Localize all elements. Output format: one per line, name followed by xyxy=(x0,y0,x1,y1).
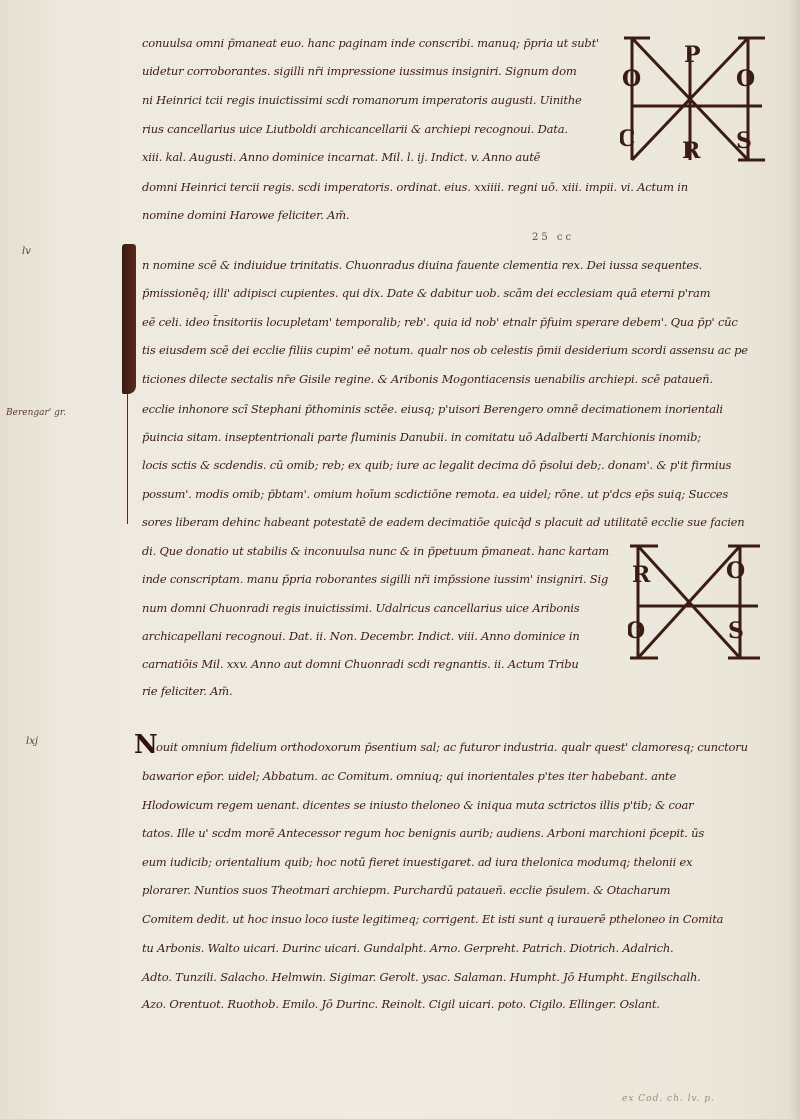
text-line: archicapellani recognoui. Dat. ii. Non. … xyxy=(142,629,580,643)
text-line: plorarer. Nuntios suos Theotmari archiep… xyxy=(142,883,670,897)
text-line: Comitem dedit. ut hoc insuo loco iuste l… xyxy=(142,912,723,926)
text-line: ni Heinrici tcii regis inuictissimi scdi… xyxy=(142,93,582,107)
text-line: ouit omnium fidelium orthodoxorum p̄sent… xyxy=(156,740,748,754)
svg-text:S: S xyxy=(736,128,752,154)
svg-text:P: P xyxy=(684,42,701,68)
margin-note-upper: lv xyxy=(22,246,31,257)
svg-text:O: O xyxy=(628,618,645,644)
folio-mark: 25 cc xyxy=(532,232,574,243)
text-line: locis sctis & scdendis. cū omib; reb; ex… xyxy=(142,458,731,472)
decorated-initial-n: N xyxy=(134,730,158,760)
text-line: bawarior ep̄or. uidel; Abbatum. ac Comit… xyxy=(142,769,676,783)
bottom-pencil-note: ex Cod. ch. lv. p. xyxy=(622,1094,715,1104)
text-line: Hlodowicum regem uenant. dicentes se ini… xyxy=(142,798,693,812)
margin-note-lower: lxj xyxy=(26,736,38,747)
text-line: di. Que donatio ut stabilis & inconuulsa… xyxy=(142,544,609,558)
text-line: possum'. modis omib; p̄btam'. omium hoīu… xyxy=(142,487,728,501)
margin-note-middle: Berengar' gr. xyxy=(6,408,66,418)
text-line: carnatiōis Mil. xxv. Anno aut domni Chuo… xyxy=(142,657,579,671)
text-line: num domni Chuonradi regis inuictissimi. … xyxy=(142,601,579,615)
text-line: eē celi. ideo t̄nsitoriis locupletam' te… xyxy=(142,315,738,329)
text-line: eum iudicib; orientalium quib; hoc notū … xyxy=(142,855,692,869)
text-line: Adto. Tunzili. Salacho. Helmwin. Sigimar… xyxy=(142,970,701,984)
text-line: nomine domini Harowe feliciter. Am̄. xyxy=(142,208,349,222)
text-line: Azo. Orentuot. Ruothob. Emilo. Jō Durinc… xyxy=(142,997,660,1011)
text-line: p̄missionēq; illi' adipisci cupientes. q… xyxy=(142,286,710,300)
page-edge-shadow xyxy=(790,0,800,1119)
royal-monogram-konrad: R O O S xyxy=(628,538,768,668)
text-line: tis eiusdem scē dei ecclie filiis cupim'… xyxy=(142,343,748,357)
svg-text:O: O xyxy=(726,558,745,584)
text-line: p̄uincia sitam. inseptentrionali parte f… xyxy=(142,430,701,444)
manuscript-page: conuulsa omni p̄maneat euo. hanc paginam… xyxy=(0,0,800,1119)
svg-text:O: O xyxy=(622,66,641,92)
text-line: inde conscriptam. manu p̄pria roborantes… xyxy=(142,572,608,586)
text-line: ecclie inhonore scī Stephani p̄thominis … xyxy=(142,402,723,416)
text-line: n nomine scē & indiuidue trinitatis. Chu… xyxy=(142,258,702,272)
text-line: rie feliciter. Am̄. xyxy=(142,684,232,698)
text-line: uidetur corroborantes. sigilli nr̄i impr… xyxy=(142,64,577,78)
royal-monogram-heinrich: P O O C R S xyxy=(620,28,770,168)
text-line: tatos. Ille u' scdm morē Antecessor regu… xyxy=(142,826,704,840)
ink-bleed-through xyxy=(540,700,790,730)
svg-text:O: O xyxy=(736,66,755,92)
text-line: tu Arbonis. Walto uicari. Durinc uicari.… xyxy=(142,941,673,955)
svg-text:S: S xyxy=(728,618,744,644)
svg-text:C: C xyxy=(620,126,636,152)
text-line: conuulsa omni p̄maneat euo. hanc paginam… xyxy=(142,36,599,50)
text-line: rius cancellarius uice Liutboldi archica… xyxy=(142,122,568,136)
svg-text:R: R xyxy=(682,138,701,164)
initial-flourish xyxy=(127,394,131,524)
text-line: xiii. kal. Augusti. Anno dominice incarn… xyxy=(142,150,540,164)
text-line: ticiones dilecte sectalis nr̄e Gisile re… xyxy=(142,372,713,386)
decorated-initial-i xyxy=(122,244,136,394)
svg-text:R: R xyxy=(632,562,651,588)
text-line: sores liberam dehinc habeant potestatē d… xyxy=(142,515,745,529)
text-line: domni Heinrici tercii regis. scdi impera… xyxy=(142,180,688,194)
